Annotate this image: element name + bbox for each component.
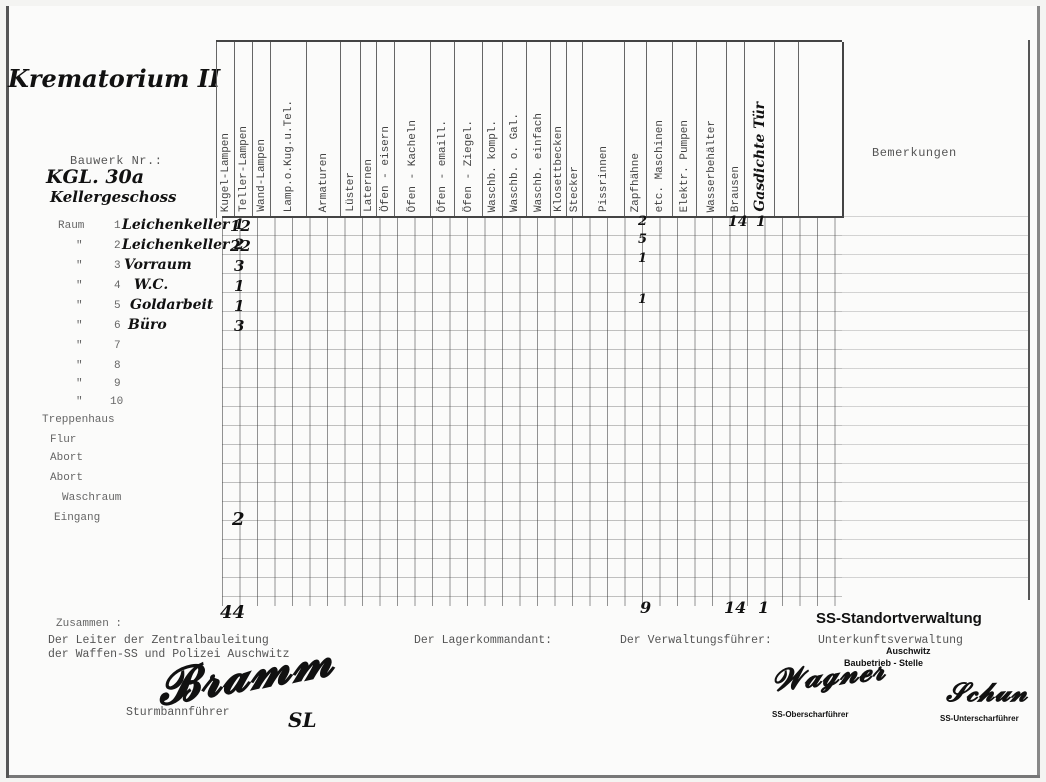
column-header: Öfen - eisern [376,42,395,218]
row-prefix: " [76,260,83,272]
row-label-eingang: Eingang [54,512,100,524]
column-header: Öfen - emaill. [430,42,455,218]
signer2-title: Der Lagerkommandant: [414,634,552,647]
column-header: Waschb. kompl. [482,42,503,218]
row-number: 6 [114,320,121,332]
row-prefix: " [76,378,83,390]
total-gasdichte-tuer: 1 [758,598,769,617]
column-header: Brausen [726,42,745,218]
stamp-location: Auschwitz [886,646,931,656]
row-label-abort: Abort [50,452,83,464]
total-kugel-lampen: 44 [220,602,245,623]
column-header: Lamp.o.Kug.u.Tel. [270,42,307,218]
column-header: Wand-Lampen [252,42,271,218]
row-number: 1 [114,220,121,232]
initials: SL [288,708,317,732]
signature-unterscharfuehrer: 𝓢𝓬𝓱𝓾𝓷 [946,678,1028,709]
room-name: Büro [128,317,167,333]
row-prefix: " [76,300,83,312]
bauwerk-number: KGL. 30a [46,166,144,188]
row-prefix: " [76,360,83,372]
stamp-standortverwaltung: SS-Standortverwaltung [816,610,982,627]
column-header: Kugel-Lampen [216,42,235,218]
stamp-rank-oberscharfuehrer: SS-Oberscharführer [772,710,848,719]
cell-zapfhaehne: 5 [638,232,647,247]
signature-oberscharfuehrer: 𝓦𝓪𝓰𝓷𝓮𝓻 [770,652,886,699]
row-number: 7 [114,340,121,352]
column-header: Zapfhähne [624,42,647,218]
document-page: Krematorium II Bauwerk Nr.: KGL. 30a Kel… [6,6,1040,778]
room-name: Goldarbeit [130,297,213,313]
row-label-abort: Abort [50,472,83,484]
room-name: W.C. [134,277,168,293]
cell-kugel-lampen: 1 [234,297,244,315]
column-header: Lüster [340,42,361,218]
room-name: Leichenkeller 1 [122,217,244,233]
column-divider [842,42,844,218]
cell-kugel-lampen: 3 [234,317,244,335]
column-header: Waschb. einfach [526,42,551,218]
column-headers: Kugel-Lampen Teller-Lampen Wand-Lampen L… [216,40,842,218]
stamp-rank-unterscharfuehrer: SS-Unterscharführer [940,714,1019,723]
room-name: Leichenkeller 2 [122,237,244,253]
total-brausen: 14 [724,598,746,617]
row-number: 9 [114,378,121,390]
column-header-empty [798,42,843,218]
cell-kugel-lampen: 12 [230,217,251,235]
cell-brausen: 14 [728,214,747,230]
remarks-header: Bemerkungen [872,146,957,160]
total-zapfhaehne: 9 [640,598,651,617]
column-header: Öfen - Kacheln [394,42,431,218]
signer1-title: Der Leiter der Zentralbauleitung [48,634,269,647]
row-label-treppenhaus: Treppenhaus [42,414,115,426]
column-header: Laternen [360,42,377,218]
column-header: Wasserbehälter [696,42,727,218]
cell-kugel-lampen: 1 [234,277,244,295]
row-label-waschraum: Waschraum [62,492,121,504]
row-prefix: " [76,320,83,332]
row-prefix: Raum [58,220,84,232]
cell-zapfhaehne: 2 [638,214,647,229]
column-header: Öfen - Ziegel. [454,42,483,218]
row-prefix: " [76,240,83,252]
column-header: Gasdichte Tür [744,42,775,218]
cell-zapfhaehne: 1 [638,292,647,307]
column-header: Armaturen [306,42,341,218]
column-header: Klosettbecken [550,42,567,218]
row-number: 2 [114,240,121,252]
column-header: Elektr. Pumpen [672,42,697,218]
column-header: Pissrinnen [582,42,625,218]
row-prefix: " [76,396,83,408]
column-header: etc. Maschinen [646,42,673,218]
row-number: 4 [114,280,121,292]
row-number: 3 [114,260,121,272]
row-number: 5 [114,300,121,312]
cell-gasdichte-tuer: 1 [756,214,766,230]
row-number: 10 [110,396,123,408]
data-grid [222,216,842,606]
column-header: Waschb. o. Gal. [502,42,527,218]
signer3-title: Der Verwaltungsführer: [620,634,772,647]
cell-kugel-lampen: 2 [232,509,245,530]
room-name: Vorraum [124,257,192,273]
row-prefix: " [76,280,83,292]
cell-kugel-lampen: 3 [234,257,244,275]
cell-kugel-lampen: 22 [230,237,251,255]
cell-zapfhaehne: 1 [638,251,647,266]
column-header-empty [774,42,799,218]
column-header: Stecker [566,42,583,218]
document-title: Krematorium II [8,64,220,93]
remarks-area [842,216,1030,596]
column-header: Teller-Lampen [234,42,253,218]
totals-label: Zusammen : [56,618,122,630]
bauwerk-name: Kellergeschoss [50,188,177,206]
row-label-flur: Flur [50,434,76,446]
row-number: 8 [114,360,121,372]
row-prefix: " [76,340,83,352]
